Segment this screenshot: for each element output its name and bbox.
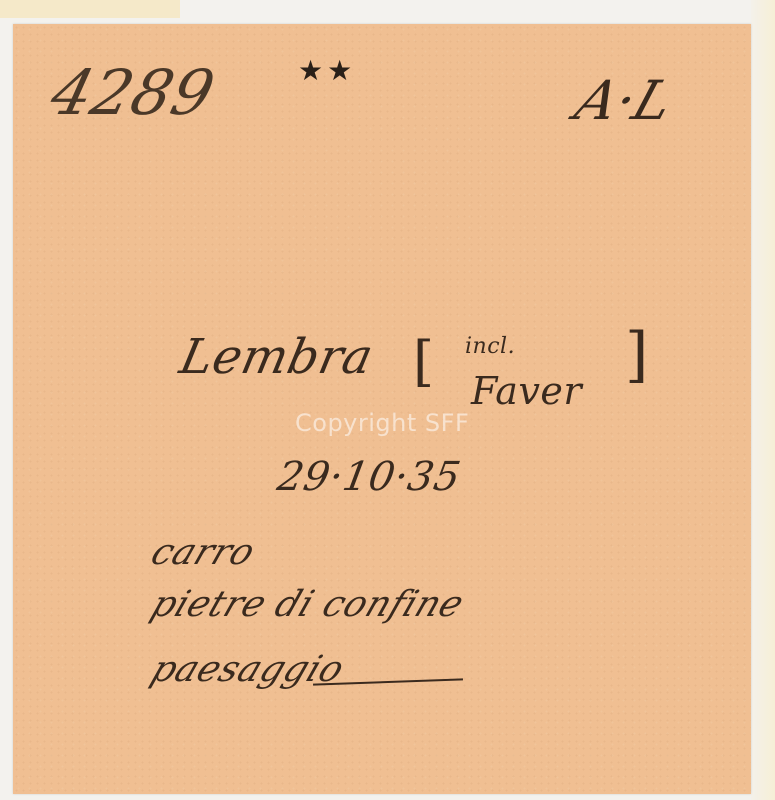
bracket-note-top: incl. (465, 334, 515, 359)
star-rating-icon: ★★ (298, 54, 356, 87)
background-mount-right (751, 0, 775, 800)
bracket-close: ] (625, 320, 649, 390)
bracket-open: [ (413, 330, 435, 393)
copyright-watermark: Copyright SFF (295, 409, 469, 437)
author-initials: A·L (568, 69, 682, 132)
background-paper-top (0, 0, 180, 18)
note-line: pietre di confine (146, 584, 470, 625)
catalog-number: 4289 (44, 56, 222, 129)
place-name: Lembra (175, 329, 378, 385)
bracket-note-main: Faver (471, 369, 582, 413)
archive-index-card: 4289 ★★ A·L Lembra [ incl. Faver ] 29·10… (13, 24, 751, 794)
date: 29·10·35 (274, 454, 464, 500)
note-line: carro (146, 532, 261, 573)
